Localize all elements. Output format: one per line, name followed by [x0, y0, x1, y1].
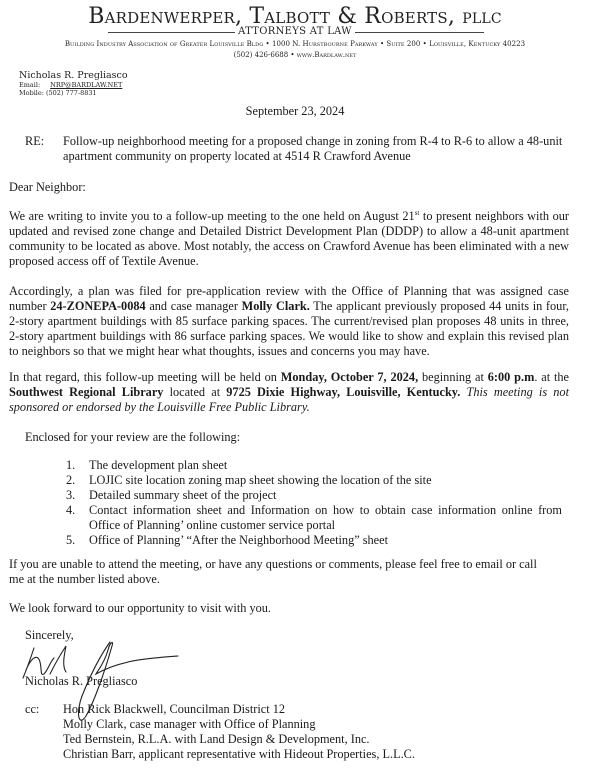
enclosure-item: 2.LOJIC site location zoning map sheet s…	[66, 473, 562, 488]
meeting-date: Monday, October 7, 2024,	[281, 370, 418, 384]
re-subject: Follow-up neighborhood meeting for a pro…	[63, 134, 568, 164]
venue-address: 9725 Dixie Highway, Louisville, Kentucky…	[226, 385, 460, 399]
email-label: Email:	[19, 81, 40, 89]
enclosure-item: 5.Office of Planning’ “After the Neighbo…	[66, 533, 562, 548]
firm-phone-web: (502) 426-6688 • www.Bardlaw.net	[0, 51, 590, 59]
enclosure-text: Contact information sheet and Informatio…	[89, 503, 562, 533]
enclosure-text: The development plan sheet	[89, 458, 562, 473]
signature-name: Nicholas R. Pregliasco	[25, 674, 137, 689]
p1-text-a: We are writing to invite you to a follow…	[9, 209, 415, 223]
p3-text-a: In that regard, this follow-up meeting w…	[9, 370, 281, 384]
cc-label: cc:	[25, 702, 39, 717]
enclosure-item: 4.Contact information sheet and Informat…	[66, 503, 562, 533]
paragraph-closing-remark: We look forward to our opportunity to vi…	[9, 601, 569, 616]
cc-recipient: Ted Bernstein, R.L.A. with Land Design &…	[63, 732, 415, 747]
enclosure-item: 1.The development plan sheet	[66, 458, 562, 473]
enclosure-text: Office of Planning’ “After the Neighborh…	[89, 533, 562, 548]
sender-email-link[interactable]: NRP@BARDLAW.NET	[50, 81, 122, 89]
firm-suffix: PLLC	[462, 11, 502, 27]
paragraph-invitation: We are writing to invite you to a follow…	[9, 209, 569, 269]
tagline: Attorneys at Law	[0, 26, 590, 37]
enclosure-number: 4.	[66, 503, 89, 533]
cc-recipient: Christian Barr, applicant representative…	[63, 747, 415, 762]
p2-text-b: and case manager	[146, 299, 242, 313]
enclosures-list: 1.The development plan sheet 2.LOJIC sit…	[66, 458, 562, 548]
case-number: 24-ZONEPA-0084	[50, 299, 145, 313]
p3-text-b: beginning at	[418, 370, 488, 384]
enclosure-number: 3.	[66, 488, 89, 503]
p3-text-d: located at	[163, 385, 226, 399]
re-label: RE:	[25, 134, 44, 149]
cc-recipient: Molly Clark, case manager with Office of…	[63, 717, 415, 732]
sender-block: Nicholas R. Pregliasco Email:NRP@BARDLAW…	[19, 70, 128, 97]
meeting-venue: Southwest Regional Library	[9, 385, 163, 399]
paragraph-contact: If you are unable to attend the meeting,…	[9, 557, 554, 587]
sender-mobile: Mobile: (502) 777-8831	[19, 89, 128, 97]
enclosure-number: 5.	[66, 533, 89, 548]
enclosure-text: Detailed summary sheet of the project	[89, 488, 562, 503]
paragraph-case-info: Accordingly, a plan was filed for pre-ap…	[9, 284, 569, 359]
tagline-text: Attorneys at Law	[235, 26, 355, 37]
case-manager: Molly Clark.	[242, 299, 310, 313]
enclosure-item: 3.Detailed summary sheet of the project	[66, 488, 562, 503]
sender-email-line: Email:NRP@BARDLAW.NET	[19, 81, 128, 89]
sender-name: Nicholas R. Pregliasco	[19, 70, 128, 81]
cc-recipient: Hon Rick Blackwell, Councilman District …	[63, 702, 415, 717]
enclosure-text: LOJIC site location zoning map sheet sho…	[89, 473, 562, 488]
meeting-time: 6:00 p.m	[488, 370, 535, 384]
paragraph-meeting-details: In that regard, this follow-up meeting w…	[9, 370, 569, 415]
firm-address: Building Industry Association of Greater…	[0, 40, 590, 48]
cc-list: Hon Rick Blackwell, Councilman District …	[63, 702, 415, 762]
enclosure-number: 1.	[66, 458, 89, 473]
letter-date: September 23, 2024	[0, 104, 590, 119]
enclosure-number: 2.	[66, 473, 89, 488]
salutation: Dear Neighbor:	[9, 180, 569, 195]
enclosures-intro: Enclosed for your review are the followi…	[25, 430, 240, 445]
p3-text-c: . at the	[534, 370, 569, 384]
